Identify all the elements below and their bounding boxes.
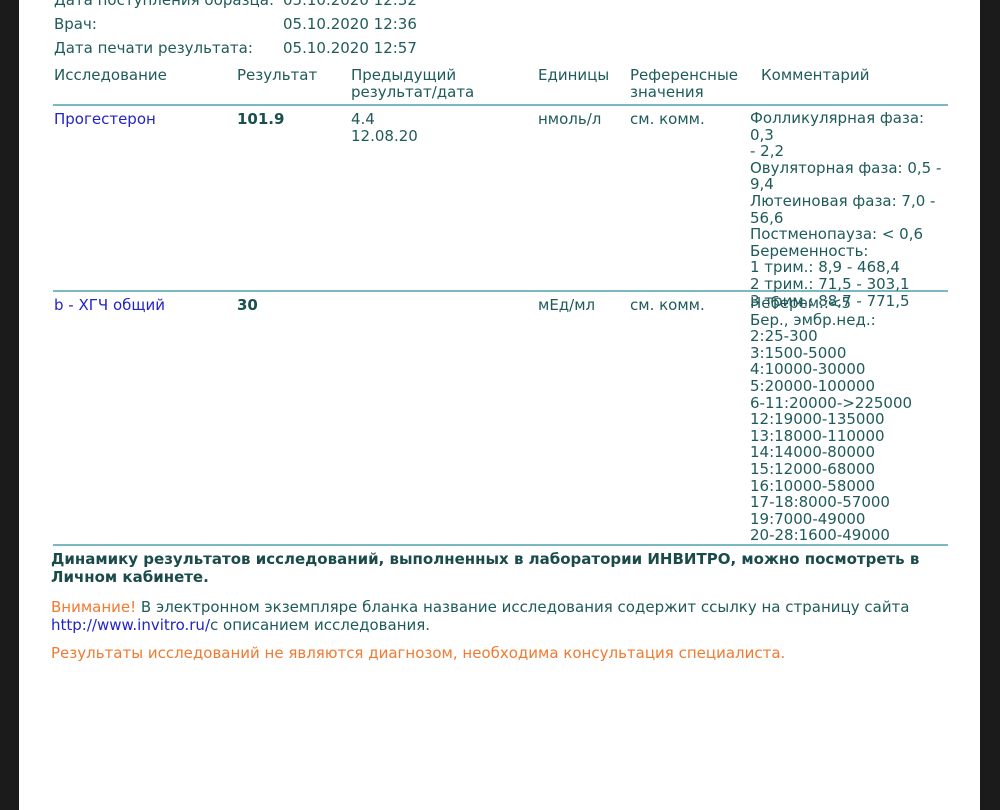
column-header-test: Исследование <box>54 67 167 84</box>
attention-label: Внимание! <box>51 598 136 616</box>
comment-line: 2 трим.: 71,5 - 303,1 <box>750 276 950 293</box>
results-table: Исследование Результат Предыдущий резуль… <box>53 66 948 546</box>
comment-line: 16:10000-58000 <box>750 478 950 495</box>
comment-line: Бер., эмбр.нед.: <box>750 312 950 329</box>
comment-line: Фолликулярная фаза: 0,3 <box>750 110 950 143</box>
previous-value: 4.4 <box>351 111 418 128</box>
comment-line: 13:18000-110000 <box>750 428 950 445</box>
notes-section: Динамику результатов исследований, выпол… <box>51 551 931 663</box>
comment-line: 9,4 <box>750 176 950 193</box>
comment-line: 15:12000-68000 <box>750 461 950 478</box>
comment-line: Лютеиновая фаза: 7,0 - <box>750 193 950 210</box>
column-header-reference-line1: Референсные <box>630 67 738 84</box>
info-row-doctor: Врач: 05.10.2020 12:36 <box>54 12 417 36</box>
comment-line: - 2,2 <box>750 143 950 160</box>
comment-line: 5:20000-100000 <box>750 378 950 395</box>
comment-line: 1 трим.: 8,9 - 468,4 <box>750 259 950 276</box>
info-value: 05.10.2020 12:57 <box>283 36 417 60</box>
info-label: Дата поступления образца: <box>54 0 283 12</box>
result-value: 30 <box>237 297 258 314</box>
test-link-progesterone[interactable]: Прогестерон <box>54 111 156 128</box>
column-header-previous: Предыдущий результат/дата <box>351 67 474 101</box>
column-header-reference: Референсные значения <box>630 67 738 101</box>
column-header-reference-line2: значения <box>630 84 738 101</box>
reference-values: см. комм. <box>630 297 705 314</box>
comment-line: Неберем.:<5 <box>750 295 950 312</box>
units: мЕд/мл <box>538 297 595 314</box>
table-header: Исследование Результат Предыдущий резуль… <box>53 66 948 106</box>
previous-date: 12.08.20 <box>351 128 418 145</box>
column-header-previous-line2: результат/дата <box>351 84 474 101</box>
reference-values: см. комм. <box>630 111 705 128</box>
comment-line: 20-28:1600-49000 <box>750 527 950 544</box>
comment-line: 17-18:8000-57000 <box>750 494 950 511</box>
result-value: 101.9 <box>237 111 284 128</box>
info-value: 05.10.2020 12:32 <box>283 0 417 12</box>
comment-line: Беременность: <box>750 243 950 260</box>
units: нмоль/л <box>538 111 601 128</box>
comment-line: 56,6 <box>750 210 950 227</box>
comment: Неберем.:<5 Бер., эмбр.нед.: 2:25-300 3:… <box>750 295 950 544</box>
info-value: 05.10.2020 12:36 <box>283 12 417 36</box>
attention-tail: с описанием исследования. <box>210 616 430 634</box>
info-label: Врач: <box>54 12 283 36</box>
comment-line: Постменопауза: < 0,6 <box>750 226 950 243</box>
comment-line: 19:7000-49000 <box>750 511 950 528</box>
comment-line: 4:10000-30000 <box>750 361 950 378</box>
comment-line: Овуляторная фаза: 0,5 - <box>750 160 950 177</box>
column-header-result: Результат <box>237 67 317 84</box>
table-row: Прогестерон 101.9 4.4 12.08.20 нмоль/л с… <box>53 106 948 292</box>
test-link-hcg[interactable]: b - ХГЧ общий <box>54 297 165 314</box>
comment-line: 3:1500-5000 <box>750 345 950 362</box>
info-label: Дата печати результата: <box>54 36 283 60</box>
previous-result: 4.4 12.08.20 <box>351 111 418 144</box>
header-info: Дата поступления образца: 05.10.2020 12:… <box>54 0 417 60</box>
dynamics-note: Динамику результатов исследований, выпол… <box>51 551 931 586</box>
column-header-units: Единицы <box>538 67 609 84</box>
comment: Фолликулярная фаза: 0,3 - 2,2 Овуляторна… <box>750 110 950 309</box>
document-page: Дата поступления образца: 05.10.2020 12:… <box>19 0 980 810</box>
disclaimer-note: Результаты исследований не являются диаг… <box>51 645 931 663</box>
comment-line: 14:14000-80000 <box>750 444 950 461</box>
info-row-print-date: Дата печати результата: 05.10.2020 12:57 <box>54 36 417 60</box>
comment-line: 6-11:20000->225000 <box>750 395 950 412</box>
comment-line: 12:19000-135000 <box>750 411 950 428</box>
comment-line: 2:25-300 <box>750 328 950 345</box>
info-row-sample-date: Дата поступления образца: 05.10.2020 12:… <box>54 0 417 12</box>
column-header-comment: Комментарий <box>761 67 961 84</box>
invitro-link[interactable]: http://www.invitro.ru/ <box>51 616 210 634</box>
column-header-previous-line1: Предыдущий <box>351 67 474 84</box>
table-row: b - ХГЧ общий 30 мЕд/мл см. комм. Небере… <box>53 292 948 546</box>
attention-text: В электронном экземпляре бланка название… <box>136 598 909 616</box>
attention-note: Внимание! В электронном экземпляре бланк… <box>51 599 931 634</box>
